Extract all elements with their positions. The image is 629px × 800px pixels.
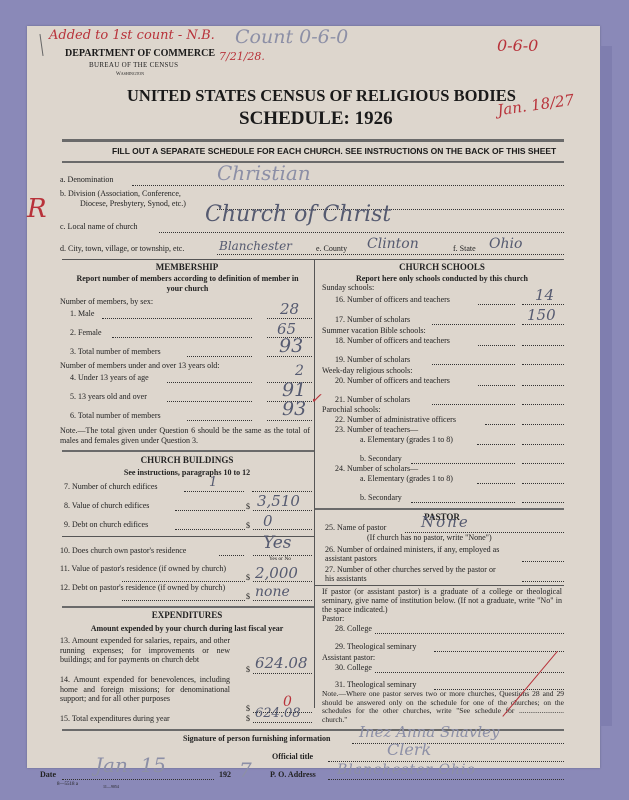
assistant-sublabel: Assistant pastor: [322, 653, 375, 662]
q19-leader [432, 364, 515, 365]
q21-label: 21. Number of scholars [335, 395, 410, 404]
header-rule [62, 139, 564, 142]
date-label: Date [40, 770, 56, 779]
city-label: Washington [116, 71, 144, 77]
denomination-field[interactable]: Christian [217, 161, 311, 185]
buildings-heading: CHURCH BUILDINGS [62, 455, 312, 465]
over-13-label: 5. 13 years old and over [70, 392, 147, 401]
q22-leader [485, 424, 515, 425]
edifices-debt-label: 9. Debt on church edifices [64, 520, 148, 529]
total-expenditures-line [253, 722, 312, 723]
city-field[interactable]: Blanchester [219, 239, 292, 253]
edifices-debt-leader [175, 529, 245, 530]
total-members-label: 3. Total number of members [70, 347, 161, 356]
edifices-count-label: 7. Number of church edifices [64, 482, 158, 491]
local-name-line [159, 232, 564, 233]
q23b-label: b. Secondary [360, 454, 402, 463]
print-code: 11—9054 [103, 784, 119, 789]
form-subtitle: SCHEDULE: 1926 [239, 108, 393, 130]
edifices-count-line [184, 491, 244, 492]
check-mark-icon [39, 34, 43, 56]
q30-line [375, 672, 564, 673]
census-schedule-page: Added to 1st count - N.B. 7/21/28. Count… [27, 26, 600, 768]
over13-leader [167, 401, 252, 402]
q24a-label: a. Elementary (grades 1 to 8) [360, 474, 453, 483]
weekday-schools-label: Week-day religious schools: [322, 366, 412, 375]
signature-line [352, 743, 564, 744]
by-age-label: Number of members under and over 13 year… [60, 361, 220, 370]
q22-label: 22. Number of administrative officers [335, 415, 456, 424]
residence-value-label: 11. Value of pastor's residence (if owne… [60, 564, 230, 573]
city-label: d. City, town, village, or township, etc… [60, 244, 184, 253]
residence-debt-label: 12. Debt on pastor's residence (if owned… [60, 583, 230, 592]
q29-line [434, 651, 564, 652]
po-address-line [328, 779, 564, 780]
date-line [62, 779, 214, 780]
expenditures-heading: EXPENDITURES [62, 610, 312, 620]
q22-line [522, 424, 564, 425]
bureau-label: BUREAU OF THE CENSUS [89, 61, 178, 69]
state-label: f. State [453, 244, 476, 253]
instruction-rule [62, 161, 564, 163]
residence-value-leader [122, 581, 245, 582]
q16-leader [478, 304, 515, 305]
added-to-count-annotation: Added to 1st count - N.B. [49, 28, 215, 43]
q19-label: 19. Number of scholars [335, 355, 410, 364]
signature-field[interactable]: Inez Anna Snavley [359, 723, 500, 741]
tally-annotation: 0-6-0 [497, 36, 538, 55]
running-expenses-label: 13. Amount expended for salaries, repair… [60, 636, 230, 665]
edifices-value-label: 8. Value of church edifices [64, 501, 149, 510]
q30-label: 30. College [335, 663, 372, 672]
total-expenditures-field[interactable]: 624.08 [255, 706, 301, 721]
department-label: DEPARTMENT OF COMMERCE [65, 48, 215, 59]
q24b-label: b. Secondary [360, 493, 402, 502]
q26-label: 26. Number of ordained ministers, if any… [325, 545, 505, 563]
pastor-note: Note.—Where one pastor serves two or mor… [322, 690, 564, 724]
sunday-schools-label: Sunday schools: [322, 283, 374, 292]
q26-line [522, 561, 564, 562]
under13-leader [167, 382, 252, 383]
q28-label: 28. College [335, 624, 372, 633]
total-members-age-field[interactable]: 93 [282, 398, 306, 420]
denomination-line [132, 185, 564, 186]
pastor-name-label: 25. Name of pastor [325, 523, 386, 532]
male-count-field[interactable]: 28 [280, 300, 299, 318]
state-field[interactable]: Ohio [489, 236, 522, 252]
count-annotation: Count 0-6-0 [235, 26, 348, 48]
by-sex-label: Number of members, by sex: [60, 297, 153, 306]
q21-leader [432, 404, 515, 405]
q29-label: 29. Theological seminary [335, 642, 416, 651]
official-title-label: Official title [272, 752, 313, 761]
date-annotation: 7/21/28. [219, 50, 265, 63]
owns-residence-field[interactable]: Yes [263, 533, 292, 553]
parochial-schools-label: Parochial schools: [322, 405, 380, 414]
residence-debt-field[interactable]: none [255, 584, 290, 600]
year-prefix: 192 [219, 770, 231, 779]
total-leader [187, 356, 252, 357]
q17-leader [432, 324, 515, 325]
county-field[interactable]: Clinton [367, 236, 419, 252]
owns-residence-leader [219, 555, 244, 556]
membership-note: Note.—The total given under Question 6 s… [60, 426, 310, 446]
q23a-label: a. Elementary (grades 1 to 8) [360, 435, 453, 444]
q28-line [375, 633, 564, 634]
local-name-field[interactable]: Church of Christ [205, 202, 391, 227]
residence-debt-line [253, 600, 312, 601]
q17-line [522, 324, 564, 325]
q20-label: 20. Number of officers and teachers [335, 376, 450, 385]
pastor-name-hint: (If church has no pastor, write "None") [367, 533, 492, 542]
q17-label: 17. Number of scholars [335, 315, 410, 324]
section-rule [62, 259, 564, 260]
membership-rule [62, 450, 314, 452]
q18-line [522, 345, 564, 346]
buildings-rule [62, 606, 314, 608]
residence-debt-leader [122, 600, 245, 601]
yes-no-hint: Yes or No [269, 556, 291, 562]
check-mark-icon: ✓ [310, 391, 322, 407]
running-expenses-line [253, 673, 312, 674]
form-title: UNITED STATES CENSUS OF RELIGIOUS BODIES [127, 86, 516, 106]
total-members-age-label: 6. Total number of members [70, 411, 161, 420]
graduate-note: If pastor (or assistant pastor) is a gra… [322, 587, 562, 614]
q24-label: 24. Number of scholars— [335, 464, 418, 473]
dollar-sign: $ [246, 704, 250, 713]
owns-residence-label: 10. Does church own pastor's residence [60, 546, 186, 555]
female-label: 2. Female [70, 328, 102, 337]
expenditures-subheading: Amount expended by your church during la… [62, 624, 312, 633]
male-leader [102, 318, 252, 319]
residence-value-field[interactable]: 2,000 [255, 564, 298, 582]
dollar-sign: $ [246, 521, 250, 530]
q20-leader [478, 385, 515, 386]
pastor-subrule [315, 585, 564, 586]
q24b-leader [411, 502, 515, 503]
denomination-label: a. Denomination [60, 175, 113, 184]
edifices-debt-line [253, 529, 312, 530]
q20-line [522, 385, 564, 386]
q27-line [522, 581, 564, 582]
q16-label: 16. Number of officers and teachers [335, 295, 450, 304]
edifices-debt-field[interactable]: 0 [263, 512, 273, 530]
dollar-sign: $ [246, 573, 250, 582]
membership-subheading: Report number of members according to de… [75, 274, 300, 294]
q24a-leader [477, 483, 515, 484]
q23a-line [522, 444, 564, 445]
pastor-sublabel: Pastor: [322, 614, 344, 623]
under-13-field[interactable]: 2 [295, 363, 304, 379]
q24a-line [522, 483, 564, 484]
under-13-label: 4. Under 13 years of age [70, 373, 149, 382]
q17-field[interactable]: 150 [527, 306, 556, 324]
male-line [267, 318, 312, 319]
running-expenses-field[interactable]: 624.08 [255, 654, 308, 672]
margin-r-annotation: R [27, 194, 47, 224]
buildings-subheading: See instructions, paragraphs 10 to 12 [62, 468, 312, 477]
q23a-leader [477, 444, 515, 445]
q24b-line [522, 502, 564, 503]
official-title-field[interactable]: Clerk [387, 740, 431, 759]
po-address-field[interactable]: Blanchester Ohio [337, 762, 476, 778]
membership-heading: MEMBERSHIP [62, 262, 312, 272]
division-label-line2: Diocese, Presbytery, Synod, etc.) [80, 199, 186, 208]
edifices-value-field[interactable]: 3,510 [257, 492, 300, 510]
schools-rule [315, 508, 564, 510]
total-age-leader [187, 420, 252, 421]
dollar-sign: $ [246, 665, 250, 674]
division-label-line1: b. Division (Association, Conference, [60, 189, 181, 198]
summer-schools-label: Summer vacation Bible schools: [322, 326, 426, 335]
male-label: 1. Male [70, 309, 94, 318]
q31-label: 31. Theological seminary [335, 680, 416, 689]
dollar-sign: $ [246, 592, 250, 601]
pastor-name-field[interactable]: None [421, 513, 470, 531]
total-members-field[interactable]: 93 [279, 335, 303, 357]
po-address-label: P. O. Address [270, 770, 316, 779]
total-expenditures-label: 15. Total expenditures during year [60, 714, 170, 723]
q23-label: 23. Number of teachers— [335, 425, 418, 434]
dollar-sign: $ [246, 502, 250, 511]
q18-leader [478, 345, 515, 346]
year-field[interactable]: 7 [239, 758, 252, 782]
edifices-value-line [253, 510, 312, 511]
date-field[interactable]: Jan. 15 [95, 753, 166, 777]
q18-label: 18. Number of officers and teachers [335, 336, 450, 345]
dollar-sign: $ [246, 714, 250, 723]
city-line [217, 254, 564, 255]
total-age-line [267, 420, 312, 421]
edifices-count-field[interactable]: 1 [209, 475, 217, 490]
local-name-label: c. Local name of church [60, 222, 138, 231]
county-label: e. County [316, 244, 347, 253]
edifices-value-leader [175, 510, 245, 511]
q23b-leader [411, 463, 515, 464]
q23b-line [522, 463, 564, 464]
q16-field[interactable]: 14 [535, 286, 554, 304]
schools-subheading: Report here only schools conducted by th… [317, 274, 567, 283]
q27-label: 27. Number of other churches served by t… [325, 565, 505, 583]
female-leader [112, 337, 252, 338]
q19-line [522, 364, 564, 365]
q21-line [522, 404, 564, 405]
schools-heading: CHURCH SCHOOLS [317, 262, 567, 272]
benevolences-label: 14. Amount expended for benevolences, in… [60, 675, 230, 704]
q16-line [522, 304, 564, 305]
signature-label: Signature of person furnishing informati… [183, 734, 330, 743]
column-divider [314, 260, 315, 708]
instruction-banner: FILL OUT A SEPARATE SCHEDULE FOR EACH CH… [112, 146, 556, 156]
form-code: 8—5518 a [57, 782, 78, 787]
